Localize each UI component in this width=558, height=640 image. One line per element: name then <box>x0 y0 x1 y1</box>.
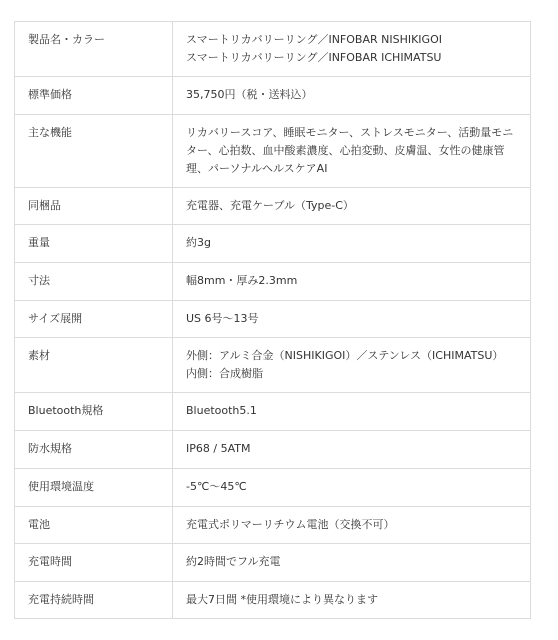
spec-value: -5℃〜45℃ <box>173 469 531 507</box>
spec-row-bluetooth: Bluetooth規格 Bluetooth5.1 <box>15 393 531 431</box>
spec-label: サイズ展開 <box>15 301 173 338</box>
spec-row-sizes: サイズ展開 US 6号〜13号 <box>15 301 531 338</box>
spec-label: 充電時間 <box>15 544 173 582</box>
spec-value-line: US 6号〜13号 <box>186 310 516 328</box>
spec-label: 防水規格 <box>15 431 173 469</box>
spec-value-line: スマートリカバリーリング／INFOBAR NISHIKIGOI <box>186 31 516 49</box>
spec-label-text: 同梱品 <box>28 197 166 215</box>
spec-label-text: 重量 <box>28 234 166 252</box>
spec-value: 約2時間でフル充電 <box>173 544 531 582</box>
spec-row-charging-time: 充電時間 約2時間でフル充電 <box>15 544 531 582</box>
spec-value: 充電器、充電ケーブル（Type-C） <box>173 188 531 225</box>
spec-row-operating-temperature: 使用環境温度 -5℃〜45℃ <box>15 469 531 507</box>
spec-row-weight: 重量 約3g <box>15 225 531 263</box>
spec-label: 充電持続時間 <box>15 582 173 619</box>
spec-value-line: 充電式ポリマーリチウム電池（交換不可） <box>186 516 516 534</box>
spec-value-line: 幅8mm・厚み2.3mm <box>186 272 516 290</box>
spec-value-line: 約3g <box>186 234 516 252</box>
spec-label-text: 製品名・カラー <box>28 31 166 49</box>
spec-row-dimensions: 寸法 幅8mm・厚み2.3mm <box>15 263 531 301</box>
spec-row-battery-life: 充電持続時間 最大7日間 *使用環境により異なります <box>15 582 531 619</box>
spec-label-text: 素材 <box>28 347 166 365</box>
spec-label-text: Bluetooth規格 <box>28 402 166 420</box>
spec-value-line: リカバリースコア、睡眠モニター、ストレスモニター、活動量モニター、心拍数、血中酸… <box>186 124 516 178</box>
spec-value-line: 約2時間でフル充電 <box>186 553 516 571</box>
spec-row-battery: 電池 充電式ポリマーリチウム電池（交換不可） <box>15 507 531 544</box>
spec-row-waterproof: 防水規格 IP68 / 5ATM <box>15 431 531 469</box>
spec-value: US 6号〜13号 <box>173 301 531 338</box>
spec-value-line: 充電器、充電ケーブル（Type-C） <box>186 197 516 215</box>
spec-value: Bluetooth5.1 <box>173 393 531 431</box>
spec-value: スマートリカバリーリング／INFOBAR NISHIKIGOI スマートリカバリ… <box>173 22 531 77</box>
spec-label: 素材 <box>15 338 173 393</box>
spec-value-line: 最大7日間 *使用環境により異なります <box>186 591 516 609</box>
spec-value: 外側：アルミ合金（NISHIKIGOI）／ステンレス（ICHIMATSU） 内側… <box>173 338 531 393</box>
spec-row-material: 素材 外側：アルミ合金（NISHIKIGOI）／ステンレス（ICHIMATSU）… <box>15 338 531 393</box>
spec-label-text: 主な機能 <box>28 124 166 142</box>
spec-label: 主な機能 <box>15 115 173 188</box>
spec-label: 電池 <box>15 507 173 544</box>
spec-label-text: 防水規格 <box>28 440 166 458</box>
spec-value-line: 内側：合成樹脂 <box>186 365 516 383</box>
spec-label: 寸法 <box>15 263 173 301</box>
spec-label-text: 使用環境温度 <box>28 478 166 496</box>
spec-value-line: スマートリカバリーリング／INFOBAR ICHIMATSU <box>186 49 516 67</box>
spec-value: リカバリースコア、睡眠モニター、ストレスモニター、活動量モニター、心拍数、血中酸… <box>173 115 531 188</box>
product-spec-table: 製品名・カラー スマートリカバリーリング／INFOBAR NISHIKIGOI … <box>14 21 531 619</box>
spec-label: 同梱品 <box>15 188 173 225</box>
spec-label: Bluetooth規格 <box>15 393 173 431</box>
spec-value-line: -5℃〜45℃ <box>186 478 516 496</box>
spec-value-line: 35,750円（税・送料込） <box>186 86 516 104</box>
spec-value-line: IP68 / 5ATM <box>186 440 516 458</box>
spec-label: 製品名・カラー <box>15 22 173 77</box>
spec-row-price: 標準価格 35,750円（税・送料込） <box>15 77 531 115</box>
spec-label: 使用環境温度 <box>15 469 173 507</box>
spec-row-features: 主な機能 リカバリースコア、睡眠モニター、ストレスモニター、活動量モニター、心拍… <box>15 115 531 188</box>
spec-value: 充電式ポリマーリチウム電池（交換不可） <box>173 507 531 544</box>
spec-value-line: 外側：アルミ合金（NISHIKIGOI）／ステンレス（ICHIMATSU） <box>186 347 516 365</box>
spec-value: IP68 / 5ATM <box>173 431 531 469</box>
spec-label: 標準価格 <box>15 77 173 115</box>
spec-value: 約3g <box>173 225 531 263</box>
spec-value-line: Bluetooth5.1 <box>186 402 516 420</box>
spec-label-text: 充電持続時間 <box>28 591 166 609</box>
spec-label: 重量 <box>15 225 173 263</box>
spec-label-text: 寸法 <box>28 272 166 290</box>
spec-row-product-name: 製品名・カラー スマートリカバリーリング／INFOBAR NISHIKIGOI … <box>15 22 531 77</box>
spec-row-included-items: 同梱品 充電器、充電ケーブル（Type-C） <box>15 188 531 225</box>
spec-value: 幅8mm・厚み2.3mm <box>173 263 531 301</box>
spec-value: 最大7日間 *使用環境により異なります <box>173 582 531 619</box>
spec-label-text: サイズ展開 <box>28 310 166 328</box>
spec-label-text: 充電時間 <box>28 553 166 571</box>
spec-label-text: 標準価格 <box>28 86 166 104</box>
spec-value: 35,750円（税・送料込） <box>173 77 531 115</box>
spec-label-text: 電池 <box>28 516 166 534</box>
